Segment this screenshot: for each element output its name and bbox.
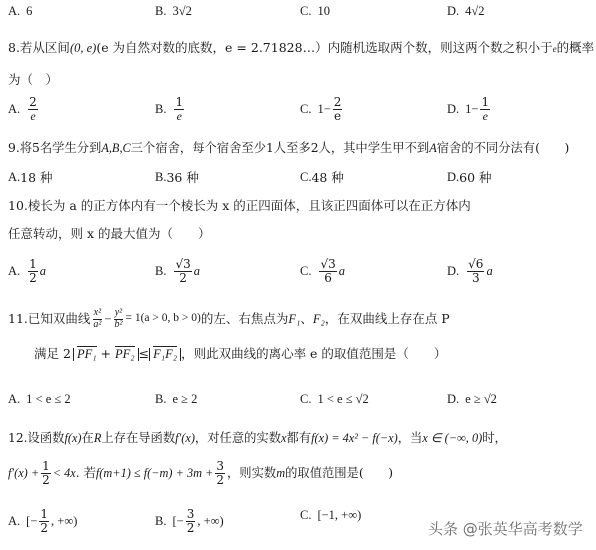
- q11-options: A.1 < e ≤ 2 B.e ≥ 2 C.1 < e ≤ √2 D.e ≥ √…: [0, 392, 596, 422]
- q9-option-c: C.48 种: [300, 168, 344, 186]
- q12-option-c: C.[−1, +∞): [300, 508, 361, 523]
- fraction: √32: [174, 258, 191, 284]
- fraction: 12: [41, 460, 51, 486]
- q10-option-d: D.√63a: [447, 258, 493, 284]
- q8-stem: 8.若从区间(0, e)(e 为自然对数的底数，e = 2.71828…）内随机…: [8, 42, 594, 55]
- q10-stem: 10.棱长为 a 的正方体内有一个棱长为 x 的正四面体，且该正四面体可以在正方…: [8, 200, 471, 213]
- q7-option-c: C.10: [300, 4, 330, 19]
- q11-option-a: A.1 < e ≤ 2: [8, 392, 71, 407]
- q10-option-a: A.12a: [8, 258, 46, 284]
- q8-option-a: A.2e: [8, 96, 40, 122]
- fraction: 1e: [174, 96, 184, 122]
- fraction: √36: [319, 258, 336, 284]
- q12-stem: 12.设函数f(x)在R上存在导函数f′(x)，对任意的实数x都有f(x) = …: [8, 432, 507, 444]
- fraction: 2e: [333, 96, 343, 122]
- q7-option-a: A.6: [8, 4, 32, 19]
- fraction: x²a²: [92, 308, 102, 330]
- q11-option-c: C.1 < e ≤ √2: [300, 392, 369, 407]
- fraction: 32: [186, 508, 196, 534]
- fraction: 12: [28, 258, 38, 284]
- q7-option-b: B.3√2: [155, 4, 192, 19]
- fraction: √63: [467, 258, 484, 284]
- q9-option-b: B.36 种: [155, 168, 199, 186]
- q10-stem-line2: 任意转动，则 x 的最大值为（ ）: [8, 228, 211, 241]
- q12-stem-line2: f′(x) + 12 < 4x . 若 f(m+1) ≤ f(−m) + 3m …: [8, 460, 393, 486]
- q11-stem-line2: 满足 2 PF₁ + PF₂ ≤ F₁F₂ ，则此双曲线的离心率 e 的取值范围…: [34, 348, 446, 361]
- fraction: 32: [215, 460, 225, 486]
- q11-option-d: D.e ≥ √2: [447, 392, 497, 407]
- q12-option-a: A.[−12, +∞): [8, 508, 77, 534]
- q11-stem: 11.已知双曲线 x²a² − y²b² = 1(a > 0, b > 0) 的…: [8, 308, 450, 330]
- q11-option-b: B.e ≥ 2: [155, 392, 197, 407]
- q10-option-b: B.√32a: [155, 258, 200, 284]
- q8-option-c: C.1−2e: [300, 96, 344, 122]
- fraction: y²b²: [113, 308, 123, 330]
- q8-stem-line2: 为（ ）: [8, 74, 58, 87]
- vector-sum-magnitude: PF₁ + PF₂: [73, 348, 139, 361]
- q10-options: A.12a B.√32a C.√36a D.√63a: [0, 258, 596, 288]
- q12-option-b: B.[−32, +∞): [155, 508, 224, 534]
- q8-option-d: D.1−1e: [447, 96, 492, 122]
- q9-stem: 9.将5名学生分到A,B,C三个宿舍，每个宿舍至少1人至多2人，其中学生甲不到A…: [8, 142, 569, 154]
- q9-option-d: D.60 种: [447, 168, 492, 186]
- q9-option-a: A.18 种: [8, 168, 53, 186]
- q8-options: A.2e B.1e C.1−2e D.1−1e: [0, 96, 596, 126]
- q9-options: A.18 种 B.36 种 C.48 种 D.60 种: [0, 168, 596, 198]
- fraction: 2e: [28, 96, 38, 122]
- q7-option-d: D.4√2: [447, 4, 485, 19]
- vector-magnitude: F₁F₂: [149, 348, 181, 361]
- watermark: 头条 @张英华高考数学: [428, 518, 583, 539]
- fraction: 12: [39, 508, 49, 534]
- q7-options: A.6 B.3√2 C.10 D.4√2: [0, 4, 596, 34]
- fraction: 1e: [480, 96, 490, 122]
- q10-option-c: C.√36a: [300, 258, 345, 284]
- q8-option-b: B.1e: [155, 96, 186, 122]
